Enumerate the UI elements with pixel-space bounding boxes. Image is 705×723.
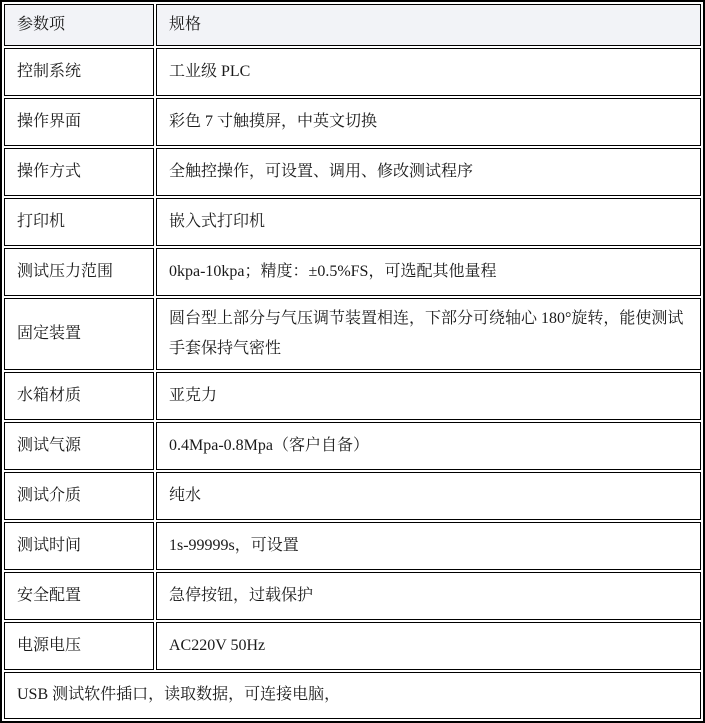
spec-cell: 彩色 7 寸触摸屏，中英文切换 xyxy=(156,98,701,146)
param-cell: 固定装置 xyxy=(4,298,154,370)
spec-cell: 0.4Mpa-0.8Mpa（客户自备） xyxy=(156,422,701,470)
spec-cell: 1s-99999s，可设置 xyxy=(156,522,701,570)
table-row-power-supply: 电源电压 AC220V 50Hz xyxy=(4,622,701,670)
header-cell-spec: 规格 xyxy=(156,4,701,46)
spec-cell: 0kpa-10kpa；精度：±0.5%FS，可选配其他量程 xyxy=(156,248,701,296)
table-row-air-supply: 测试气源 0.4Mpa-0.8Mpa（客户自备） xyxy=(4,422,701,470)
spec-cell: 亚克力 xyxy=(156,372,701,420)
param-cell: 电源电压 xyxy=(4,622,154,670)
header-cell-param: 参数项 xyxy=(4,4,154,46)
table-row-safety-config: 安全配置 急停按钮，过载保护 xyxy=(4,572,701,620)
param-cell: 控制系统 xyxy=(4,48,154,96)
table-row-printer: 打印机 嵌入式打印机 xyxy=(4,198,701,246)
spec-cell: 纯水 xyxy=(156,472,701,520)
spec-cell: AC220V 50Hz xyxy=(156,622,701,670)
table-row-fixing-device: 固定装置 圆台型上部分与气压调节装置相连，下部分可绕轴心 180°旋转，能使测试… xyxy=(4,298,701,370)
spec-cell: 圆台型上部分与气压调节装置相连，下部分可绕轴心 180°旋转，能使测试手套保持气… xyxy=(156,298,701,370)
table-row-pressure-range: 测试压力范围 0kpa-10kpa；精度：±0.5%FS，可选配其他量程 xyxy=(4,248,701,296)
spec-cell: 嵌入式打印机 xyxy=(156,198,701,246)
param-cell: 安全配置 xyxy=(4,572,154,620)
table-footer-row: USB 测试软件插口，读取数据，可连接电脑， xyxy=(4,672,701,719)
table-row-operation-mode: 操作方式 全触控操作，可设置、调用、修改测试程序 xyxy=(4,148,701,196)
param-cell: 测试时间 xyxy=(4,522,154,570)
spec-cell: 急停按钮，过载保护 xyxy=(156,572,701,620)
table-row-tank-material: 水箱材质 亚克力 xyxy=(4,372,701,420)
table-row-operation-interface: 操作界面 彩色 7 寸触摸屏，中英文切换 xyxy=(4,98,701,146)
footer-cell: USB 测试软件插口，读取数据，可连接电脑， xyxy=(4,672,701,719)
table-header-row: 参数项 规格 xyxy=(4,4,701,46)
param-cell: 操作方式 xyxy=(4,148,154,196)
spec-table: 参数项 规格 控制系统 工业级 PLC 操作界面 彩色 7 寸触摸屏，中英文切换… xyxy=(0,0,705,723)
param-cell: 操作界面 xyxy=(4,98,154,146)
param-cell: 测试气源 xyxy=(4,422,154,470)
table-row-control-system: 控制系统 工业级 PLC xyxy=(4,48,701,96)
table-row-test-time: 测试时间 1s-99999s，可设置 xyxy=(4,522,701,570)
spec-cell: 工业级 PLC xyxy=(156,48,701,96)
table-row-test-medium: 测试介质 纯水 xyxy=(4,472,701,520)
spec-cell: 全触控操作，可设置、调用、修改测试程序 xyxy=(156,148,701,196)
param-cell: 水箱材质 xyxy=(4,372,154,420)
param-cell: 打印机 xyxy=(4,198,154,246)
param-cell: 测试压力范围 xyxy=(4,248,154,296)
param-cell: 测试介质 xyxy=(4,472,154,520)
